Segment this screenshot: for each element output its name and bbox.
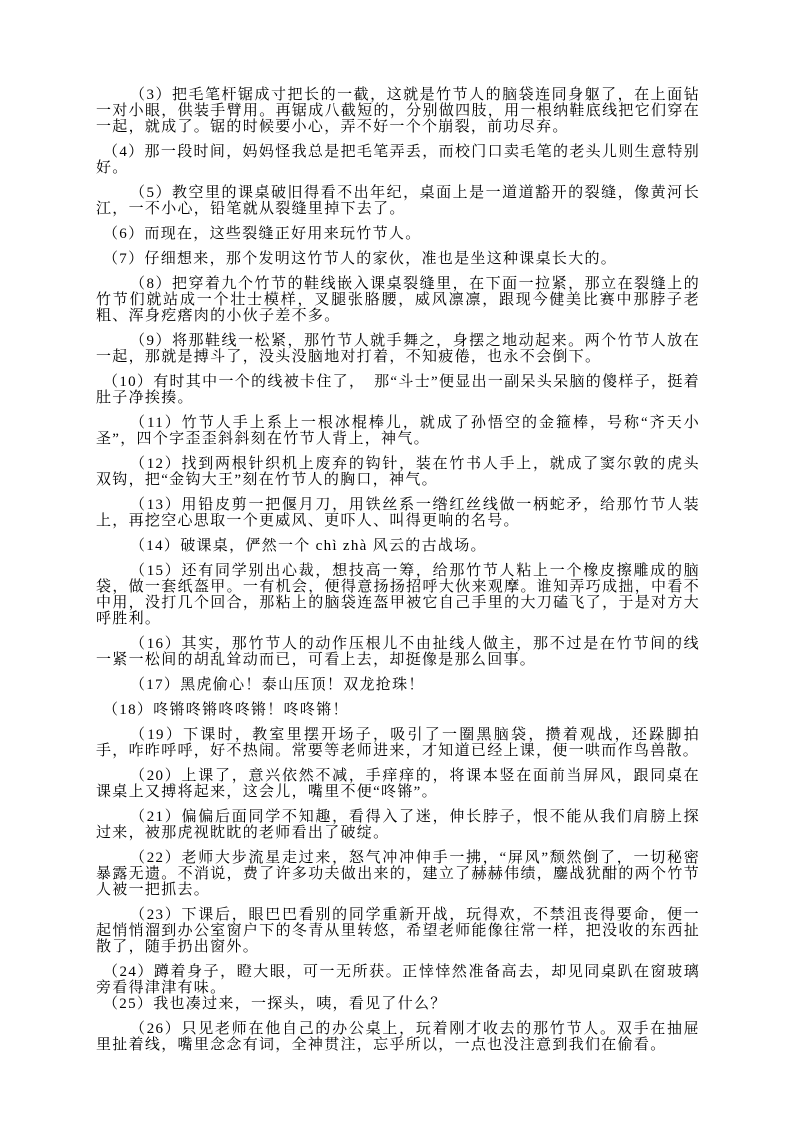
paragraph-22: （22）老师大步流星走过来，怒气冲冲伸手一拂，“屏风”颓然倒了，一切秘密暴露无遗… [96, 850, 700, 898]
paragraph-21: （21）偏偏后面同学不知趣，看得入了迷，伸长脖子，恨不能从我们肩膀上探过来，被那… [96, 809, 700, 841]
paragraph-11: （11）竹节人手上系上一根冰棍棒儿，就成了孙悟空的金箍棒，号称“齐天小圣”，四个… [96, 415, 700, 447]
paragraph-24: （24）蹲着身子，瞪大眼，可一无所获。正悻悻然准备高去，却见同桌趴在窗玻璃旁看得… [96, 964, 700, 996]
paragraph-25: （25）我也凑过来，一探头，咦，看见了什么？ [96, 996, 700, 1012]
paragraph-18: （18）咚锵咚锵咚咚锵！咚咚锵！ [96, 702, 700, 718]
paragraph-4: （4）那一段时间，妈妈怪我总是把毛笔弄丢，而校门口卖毛笔的老头儿则生意特别好。 [96, 144, 700, 176]
paragraph-8: （8）把穿着九个竹节的鞋线嵌入课桌裂缝里，在下面一拉紧，那立在裂缝上的竹节们就站… [96, 276, 700, 324]
paragraph-16: （16）其实，那竹节人的动作压根儿不由扯线人做主，那不过是在竹节间的线一紧一松间… [96, 636, 700, 668]
paragraph-17: （17）黑虎偷心！泰山压顶！双龙抢珠！ [96, 677, 700, 693]
document-body: （3）把毛笔杆锯成寸把长的一截，这就是竹节人的脑袋连同身躯了，在上面钻一对小眼，… [96, 87, 700, 1062]
paragraph-15: （15）还有同学别出心裁，想技高一筹，给那竹节人粘上一个橡皮擦雕成的脑袋，做一套… [96, 563, 700, 627]
paragraph-5: （5）教空里的课桌破旧得看不出年纪，桌面上是一道道豁开的裂缝，像黄河长江，一不小… [96, 185, 700, 217]
paragraph-10: （10）有时其中一个的线被卡住了， 那“斗士”便显出一副呆头呆脑的傻样子，挺着肚… [96, 374, 700, 406]
paragraph-14: （14）破课桌，俨然一个 chì zhà 风云的古战场。 [96, 538, 700, 554]
paragraph-9: （9）将那鞋线一松紧，那竹节人就手舞之，身摆之地动起来。两个竹节人放在一起，那就… [96, 333, 700, 365]
paragraph-26: （26）只见老师在他自己的办公桌上，玩着刚才收去的那竹节人。双手在抽屉里扯着线，… [96, 1021, 700, 1053]
paragraph-13: （13）用铅皮剪一把偃月刀，用铁丝系一绺红丝线做一柄蛇矛，给那竹节人装上，再挖空… [96, 497, 700, 529]
paragraph-23: （23）下课后，眼巴巴看别的同学重新开战，玩得欢，不禁沮丧得要命，便一起悄悄溜到… [96, 907, 700, 955]
paragraph-19: （19）下课时，教室里摆开场子，吸引了一圈黑脑袋，攒着观战，还跺脚拍手，咋昨呼呼… [96, 727, 700, 759]
paragraph-6: （6）而现在，这些裂缝正好用来玩竹节人。 [96, 226, 700, 242]
paragraph-3: （3）把毛笔杆锯成寸把长的一截，这就是竹节人的脑袋连同身躯了，在上面钻一对小眼，… [96, 87, 700, 135]
paragraph-12: （12）找到两根针织机上废弃的钩针，装在竹书人手上，就成了窦尔敦的虎头双钩，把“… [96, 456, 700, 488]
paragraph-7: （7）仔细想来，那个发明这竹节人的家伙，准也是坐这种课桌长大的。 [96, 251, 700, 267]
document-page: （3）把毛笔杆锯成寸把长的一截，这就是竹节人的脑袋连同身躯了，在上面钻一对小眼，… [0, 0, 794, 1123]
paragraph-20: （20）上课了，意兴依然不减，手痒痒的，将课本竖在面前当屏风，跟同桌在课桌上又搏… [96, 768, 700, 800]
